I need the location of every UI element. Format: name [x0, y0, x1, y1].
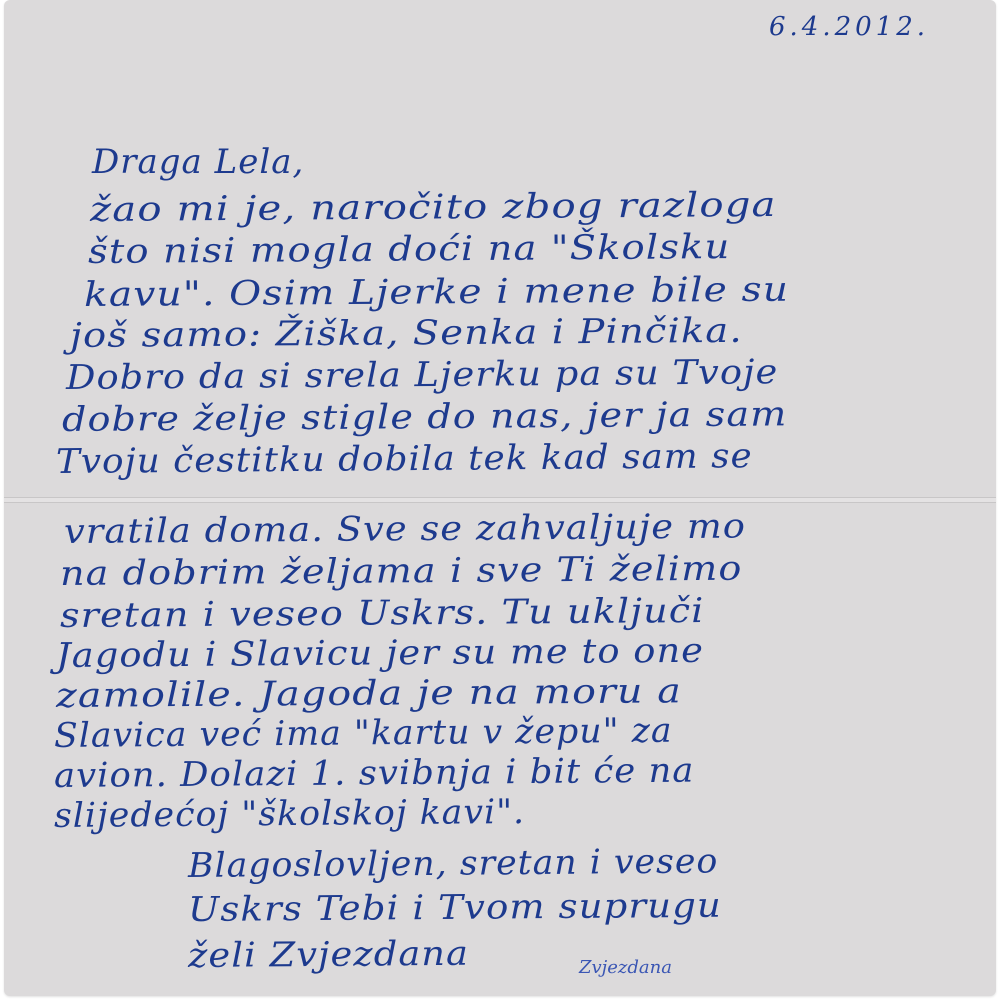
body-line: Slavica već ima "kartu v žepu" za	[54, 711, 673, 756]
body-line: avion. Dolazi 1. svibnja i bit će na	[54, 751, 695, 796]
body-line: vratila doma. Sve se zahvaljuje mo	[64, 506, 746, 552]
body-line: slijedećoj "školskoj kavi".	[54, 792, 525, 836]
body-line: što nisi mogla doći na "Školsku	[88, 227, 731, 272]
letter-card: 6.4.2012. Draga Lela, žao mi je, naročit…	[4, 0, 996, 996]
letter-greeting: Draga Lela,	[92, 142, 304, 182]
body-line: zamolile. Jagoda je na moru a	[56, 671, 682, 716]
closing-line: Uskrs Tebi i Tvom suprugu	[188, 886, 722, 930]
body-line: sretan i veseo Uskrs. Tu uključi	[60, 591, 705, 636]
body-line: još samo: Žiška, Senka i Pinčika.	[70, 311, 743, 356]
card-fold-line	[4, 497, 996, 503]
signature: želi Zvjezdana	[188, 934, 469, 976]
body-line: na dobrim željama i sve Ti želimo	[60, 549, 743, 594]
body-line: Jagodu i Slavicu jer su me to one	[56, 631, 704, 676]
body-line: dobre želje stigle do nas, jer ja sam	[62, 394, 788, 440]
closing-line: Blagoslovljen, sretan i veseo	[188, 841, 719, 886]
body-line: Tvoju čestitku dobila tek kad sam se	[56, 436, 753, 482]
body-line: kavu". Osim Ljerke i mene bile su	[84, 270, 790, 315]
body-line: Dobro da si srela Ljerku pa su Tvoje	[66, 352, 779, 398]
letter-date: 6.4.2012.	[769, 12, 929, 42]
body-line: žao mi je, naročito zbog razloga	[90, 185, 777, 230]
annotation-note: Zvjezdana	[579, 957, 672, 978]
